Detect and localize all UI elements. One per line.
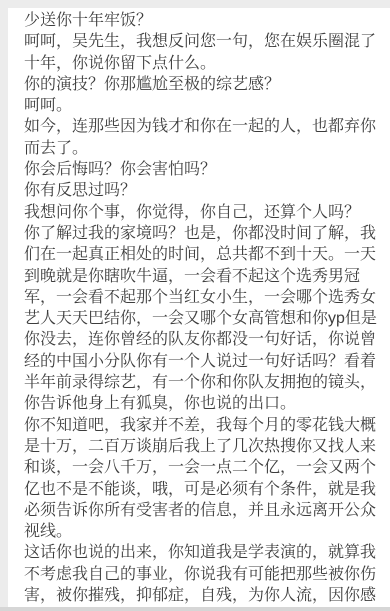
text-line: 如今，连那些因为钱才和你在一起的人，也都弃你 bbox=[24, 116, 378, 137]
text-line: 你了解过我的家境吗？也是，你都没时间了解，我 bbox=[24, 223, 378, 244]
text-line: 不考虑我自己的事业，你说我有可能把那些被你伤 bbox=[24, 564, 378, 585]
text-line: 是十万，二百万谈崩后我上了几次热搜你又找人来 bbox=[24, 436, 378, 457]
text-line: 半年前录得综艺，有一个你和你队友拥抱的镜头， bbox=[24, 372, 378, 393]
text-line: 十年，你说你留下点什么。 bbox=[24, 53, 378, 74]
text-lines: 少送你十年牢饭？呵呵，吴先生，我想反问您一句，您在娱乐圈混了十年，你说你留下点什… bbox=[24, 10, 378, 606]
text-line: 你不知道吧，我家并不差，我每个月的零花钱大概 bbox=[24, 415, 378, 436]
text-line: 们在一起真正相处的时间，总共都不到十天。一天 bbox=[24, 244, 378, 265]
text-line: 你会后悔吗？你会害怕吗？ bbox=[24, 159, 378, 180]
text-line: 呵呵，吴先生，我想反问您一句，您在娱乐圈混了 bbox=[24, 31, 378, 52]
text-line: 少送你十年牢饭？ bbox=[24, 10, 378, 31]
text-line: 你没去，连你曾经的队友你都没一句好话，你说曾 bbox=[24, 329, 378, 350]
text-line: 你的演技？你那尴尬至极的综艺感？ bbox=[24, 74, 378, 95]
text-line: 你有反思过吗？ bbox=[24, 180, 378, 201]
text-line: 你告诉他身上有狐臭，你也说的出口。 bbox=[24, 393, 378, 414]
text-line: 艺人天天巴结你，一会又哪个女高管想和你yp但是 bbox=[24, 308, 378, 329]
text-document: 少送你十年牢饭？呵呵，吴先生，我想反问您一句，您在娱乐圈混了十年，你说你留下点什… bbox=[8, 8, 390, 607]
text-line: 经的中国小分队你有一个人说过一句好话吗？看着 bbox=[24, 351, 378, 372]
text-line: 到晚就是你瞎吹牛逼，一会看不起这个选秀男冠 bbox=[24, 266, 378, 287]
text-line: 害，被你摧残，抑郁症，自残，为你人流，因你感 bbox=[24, 585, 378, 606]
text-line: 这话你也说的出来，你知道我是学表演的，就算我 bbox=[24, 542, 378, 563]
text-line: 而去了。 bbox=[24, 138, 378, 159]
text-line: 军，一会看不起那个当红女小生，一会哪个选秀女 bbox=[24, 287, 378, 308]
text-line: 我想问你个事，你觉得，你自己，还算个人吗？ bbox=[24, 202, 378, 223]
text-line: 和谈，一会八千万，一会一点二个亿，一会又两个 bbox=[24, 457, 378, 478]
text-line: 必须告诉你所有受害者的信息，并且永远离开公众 bbox=[24, 500, 378, 521]
bottom-edge-divider bbox=[0, 607, 390, 611]
text-line: 视线。 bbox=[24, 521, 378, 542]
text-line: 亿也不是不能谈，哦，可是必须有个条件，就是我 bbox=[24, 479, 378, 500]
text-line: 呵呵。 bbox=[24, 95, 378, 116]
screenshot-root: { "colors": { "page_background": "#fffff… bbox=[0, 0, 390, 611]
